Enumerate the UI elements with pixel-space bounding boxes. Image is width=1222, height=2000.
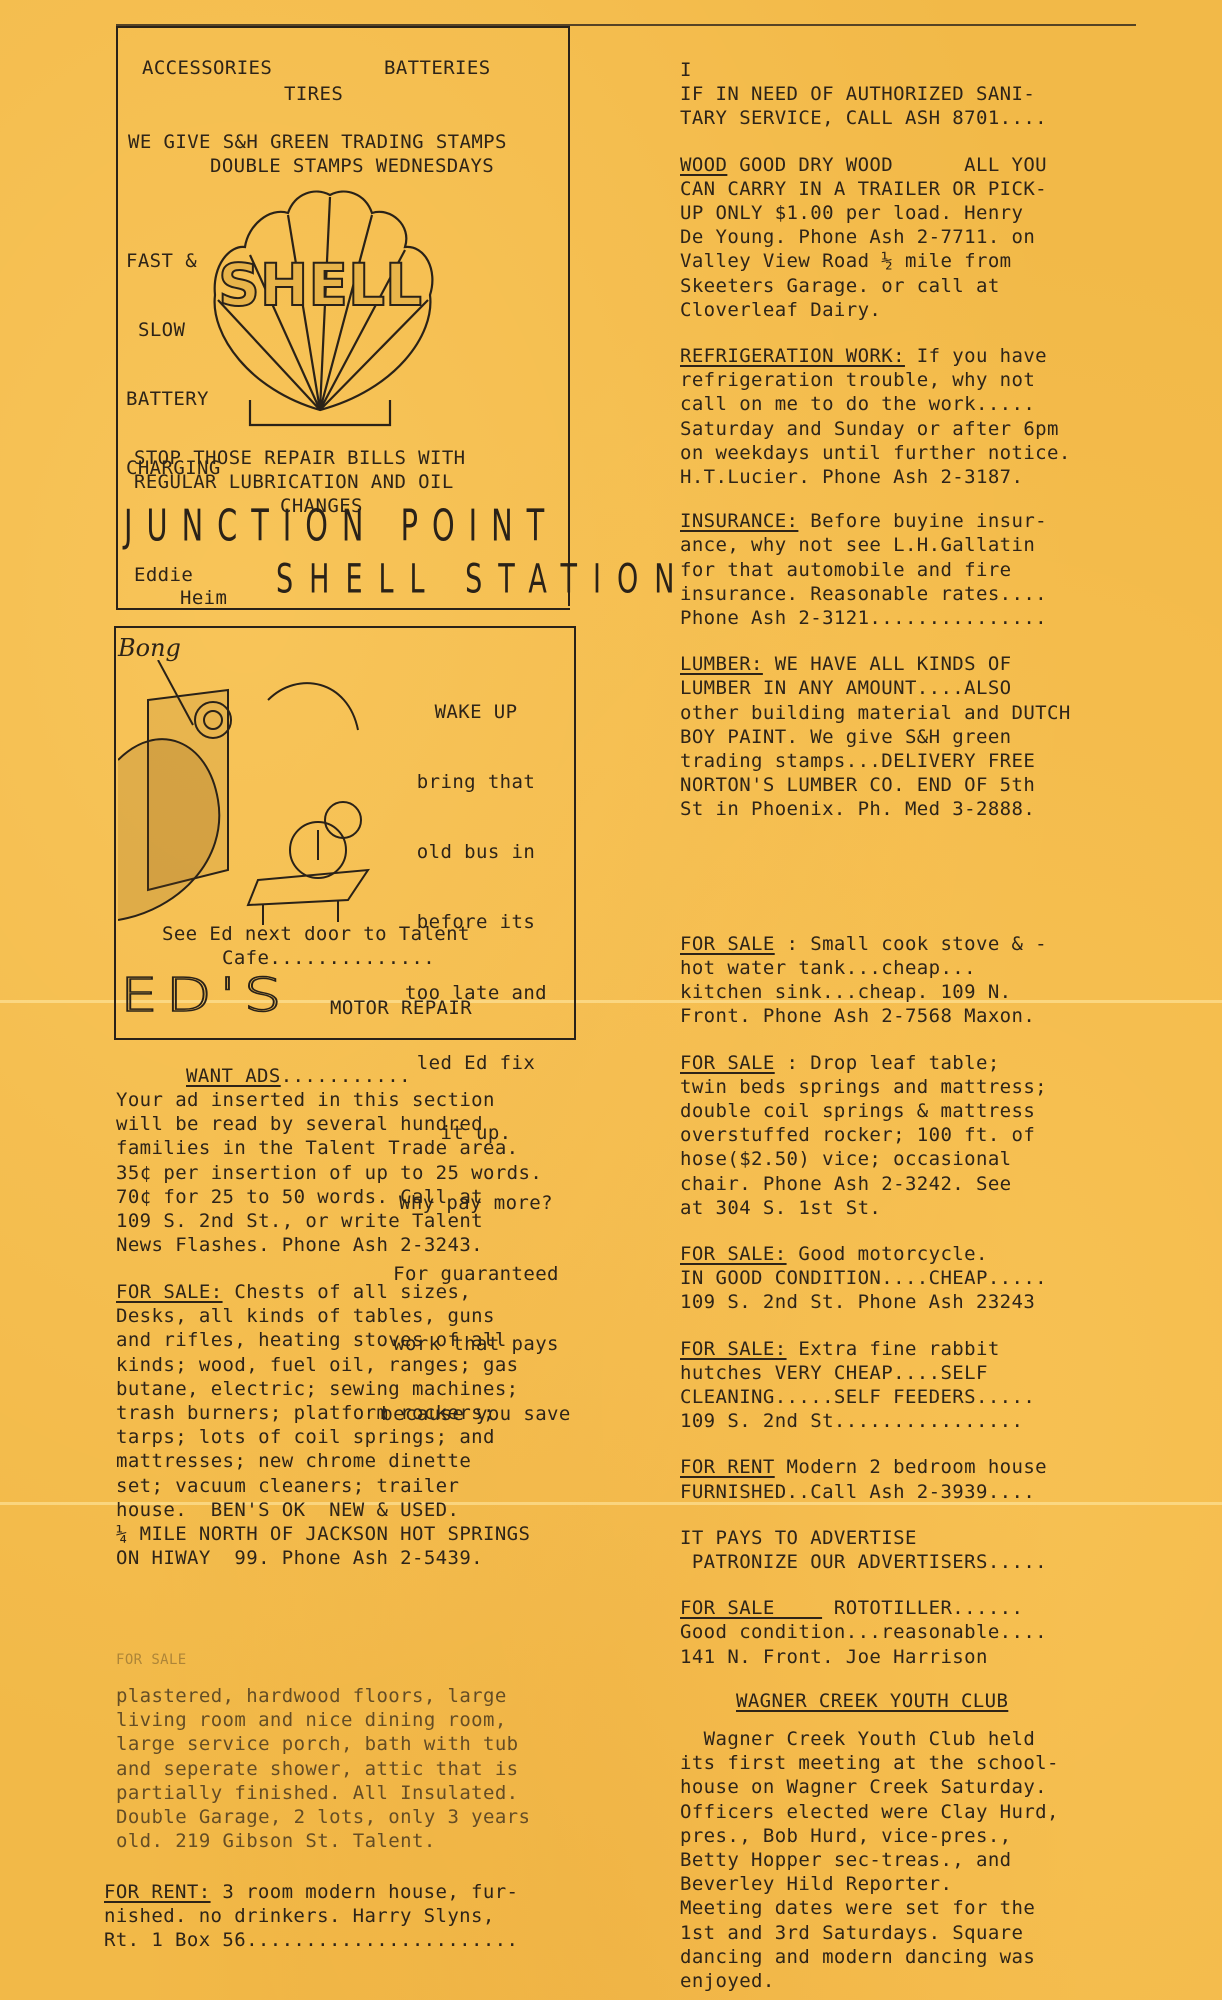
- youth-club-title: WAGNER CREEK YOUTH CLUB: [736, 1690, 1008, 1712]
- article-line: 1st and 3rd Saturdays. Square: [680, 1921, 1200, 1945]
- ad-line: living room and nice dining room,: [116, 1708, 530, 1732]
- ad-line: 109 S. 2nd St................: [680, 1409, 1200, 1433]
- ad-line: and rifles, heating stoves of all: [116, 1328, 530, 1352]
- classified-ad: WOOD GOOD DRY WOOD ALL YOUCAN CARRY IN A…: [680, 153, 1200, 322]
- ad-line: trading stamps...DELIVERY FREE: [680, 749, 1200, 773]
- classified-ad: plastered, hardwood floors, largeliving …: [116, 1684, 530, 1853]
- classified-ad: FOR RENT Modern 2 bedroom houseFURNISHED…: [680, 1455, 1200, 1503]
- classified-ad: FOR SALE: Good motorcycle.IN GOOD CONDIT…: [680, 1242, 1200, 1315]
- want-ads-intro: Your ad inserted in this sectionwill be …: [116, 1088, 542, 1257]
- faded-heading: FOR SALE: [116, 1648, 187, 1672]
- ad-tires: TIRES: [284, 82, 343, 106]
- intro-line: 35¢ per insertion of up to 25 words.: [116, 1161, 542, 1185]
- ad-line: PATRONIZE OUR ADVERTISERS.....: [680, 1550, 1200, 1574]
- ad-label: FOR SALE: [680, 933, 775, 955]
- ad-line: nished. no drinkers. Harry Slyns,: [104, 1904, 518, 1928]
- ad-line: chair. Phone Ash 2-3242. See: [680, 1172, 1200, 1196]
- ad-line: FOR SALE: Chests of all sizes,: [116, 1280, 530, 1304]
- ad-line: twin beds springs and mattress;: [680, 1075, 1200, 1099]
- ad-line: FURNISHED..Call Ash 2-3939....: [680, 1480, 1200, 1504]
- ad-line: BOY PAINT. We give S&H green: [680, 725, 1200, 749]
- ad-line: insurance. Reasonable rates....: [680, 582, 1200, 606]
- article-line: Betty Hopper sec-treas., and: [680, 1848, 1200, 1872]
- article-line: Wagner Creek Youth Club held: [680, 1727, 1200, 1751]
- ad-line: Front. Phone Ash 2-7568 Maxon.: [680, 1004, 1200, 1028]
- owner-first-name: Eddie: [134, 563, 193, 587]
- ad-line: at 304 S. 1st St.: [680, 1196, 1200, 1220]
- ad-line: St in Phoenix. Ph. Med 3-2888.: [680, 797, 1200, 821]
- eds-location: See Ed next door to Talent: [162, 922, 470, 946]
- classified-ad: IT PAYS TO ADVERTISE PATRONIZE OUR ADVER…: [680, 1526, 1200, 1574]
- ad-line: Saturday and Sunday or after 6pm: [680, 417, 1200, 441]
- classified-ad: FOR SALE : Small cook stove & -hot water…: [680, 932, 1200, 1029]
- eds-tagline: MOTOR REPAIR: [330, 996, 472, 1020]
- ad-repair-1: STOP THOSE REPAIR BILLS WITH: [134, 446, 466, 470]
- ad-line: set; vacuum cleaners; trailer: [116, 1474, 530, 1498]
- ad-line: trash burners; platform rockers;: [116, 1401, 530, 1425]
- ad-line: 141 N. Front. Joe Harrison: [680, 1645, 1200, 1669]
- intro-line: Your ad inserted in this section: [116, 1088, 542, 1112]
- owner-last-name: Heim: [180, 586, 227, 610]
- ad-label: REFRIGERATION WORK:: [680, 345, 905, 367]
- ad-line: LUMBER: WE HAVE ALL KINDS OF: [680, 652, 1200, 676]
- ad-line: hose($2.50) vice; occasional: [680, 1147, 1200, 1171]
- ad-line: Cloverleaf Dairy.: [680, 298, 1200, 322]
- ad-line: Skeeters Garage. or call at: [680, 274, 1200, 298]
- ad-line: UP ONLY $1.00 per load. Henry: [680, 201, 1200, 225]
- ad-line: call on me to do the work.....: [680, 392, 1200, 416]
- ad-line: IN GOOD CONDITION....CHEAP.....: [680, 1266, 1200, 1290]
- article-line: its first meeting at the school-: [680, 1751, 1200, 1775]
- classified-ad: FOR SALE: Chests of all sizes,Desks, all…: [116, 1280, 530, 1570]
- ad-line: plastered, hardwood floors, large: [116, 1684, 530, 1708]
- intro-line: will be read by several hundred: [116, 1112, 542, 1136]
- ad-line: FOR SALE : Small cook stove & -: [680, 932, 1200, 956]
- article-line: Meeting dates were set for the: [680, 1896, 1200, 1920]
- ad-line: FOR SALE : Drop leaf table;: [680, 1051, 1200, 1075]
- intro-line: families in the Talent Trade area.: [116, 1136, 542, 1160]
- ad-batteries: BATTERIES: [384, 56, 491, 80]
- ad-line: FOR RENT: 3 room modern house, fur-: [104, 1880, 518, 1904]
- ad-line: FOR SALE: Extra fine rabbit: [680, 1337, 1200, 1361]
- ad-line: CLEANING.....SELF FEEDERS.....: [680, 1385, 1200, 1409]
- want-ads-heading: WANT ADS...........: [186, 1064, 411, 1088]
- ad-line: on weekdays until further notice.: [680, 441, 1200, 465]
- ad-line: for that automobile and fire: [680, 558, 1200, 582]
- ad-label: FOR SALE: [680, 1597, 822, 1619]
- classified-ad: FOR SALE : Drop leaf table;twin beds spr…: [680, 1051, 1200, 1220]
- eds-logo: ED'S: [120, 968, 289, 1022]
- ad-line: INSURANCE: Before buyine insur-: [680, 509, 1200, 533]
- newsletter-page: ACCESSORIES BATTERIES TIRES WE GIVE S&H …: [0, 0, 1222, 2000]
- shell-logo-icon: SHELL: [190, 185, 450, 435]
- ad-line: butane, electric; sewing machines;: [116, 1377, 530, 1401]
- right-column: IIF IN NEED OF AUTHORIZED SANI-TARY SERV…: [680, 36, 1200, 1993]
- ad-line: 109 S. 2nd St. Phone Ash 23243: [680, 1290, 1200, 1314]
- ad-line: old. 219 Gibson St. Talent.: [116, 1829, 530, 1853]
- ad-line: Double Garage, 2 lots, only 3 years: [116, 1805, 530, 1829]
- youth-club-article: WAGNER CREEK YOUTH CLUB Wagner Creek You…: [680, 1689, 1200, 1993]
- ad-label: FOR RENT: [680, 1456, 775, 1478]
- classified-ad: IIF IN NEED OF AUTHORIZED SANI-TARY SERV…: [680, 58, 1200, 131]
- intro-line: 109 S. 2nd St., or write Talent: [116, 1209, 542, 1233]
- ad-line: FOR RENT Modern 2 bedroom house: [680, 1455, 1200, 1479]
- ad-label: FOR SALE:: [116, 1281, 223, 1303]
- ad-line: ¼ MILE NORTH OF JACKSON HOT SPRINGS: [116, 1522, 530, 1546]
- ad-label: FOR SALE: [680, 1052, 775, 1074]
- ad-label: INSURANCE:: [680, 510, 798, 532]
- station-name: JUNCTION POINT: [124, 500, 558, 551]
- ad-label: FOR RENT:: [104, 1881, 211, 1903]
- ad-line: IT PAYS TO ADVERTISE: [680, 1526, 1200, 1550]
- ad-line: CAN CARRY IN A TRAILER OR PICK-: [680, 177, 1200, 201]
- ad-line: REFRIGERATION WORK: If you have: [680, 344, 1200, 368]
- ad-line: Valley View Road ½ mile from: [680, 249, 1200, 273]
- ad-line: refrigeration trouble, why not: [680, 368, 1200, 392]
- ad-line: Rt. 1 Box 56.......................: [104, 1928, 518, 1952]
- ad-line: ON HIWAY 99. Phone Ash 2-5439.: [116, 1546, 530, 1570]
- ad-line: Good condition...reasonable....: [680, 1620, 1200, 1644]
- alarm-clock-cartoon-icon: [118, 660, 378, 930]
- ad-line: H.T.Lucier. Phone Ash 2-3187.: [680, 465, 1200, 489]
- ad-line: De Young. Phone Ash 2-7711. on: [680, 225, 1200, 249]
- ad-line: Phone Ash 2-3121...............: [680, 606, 1200, 630]
- ad-line: I: [680, 58, 1200, 82]
- ad-line: LUMBER IN ANY AMOUNT....ALSO: [680, 676, 1200, 700]
- eds-location-2: Cafe..............: [222, 946, 435, 970]
- ad-line: kinds; wood, fuel oil, ranges; gas: [116, 1353, 530, 1377]
- ad-line: other building material and DUTCH: [680, 701, 1200, 725]
- youth-club-heading: WAGNER CREEK YOUTH CLUB: [680, 1689, 1200, 1713]
- ad-line: house. BEN'S OK NEW & USED.: [116, 1498, 530, 1522]
- classified-ad: FOR SALE ROTOTILLER......Good condition.…: [680, 1596, 1200, 1669]
- ad-double-stamps: DOUBLE STAMPS WEDNESDAYS: [210, 154, 494, 178]
- station-subtitle: SHELL STATION: [276, 556, 690, 603]
- ad-line: double coil springs & mattress: [680, 1099, 1200, 1123]
- article-line: dancing and modern dancing was: [680, 1945, 1200, 1969]
- intro-line: News Flashes. Phone Ash 2-3243.: [116, 1233, 542, 1257]
- article-line: Officers elected were Clay Hurd,: [680, 1800, 1200, 1824]
- classified-ad: FOR SALE: Extra fine rabbithutches VERY …: [680, 1337, 1200, 1434]
- ad-line: partially finished. All Insulated.: [116, 1781, 530, 1805]
- classified-ad: LUMBER: WE HAVE ALL KINDS OFLUMBER IN AN…: [680, 652, 1200, 821]
- ad-line: WOOD GOOD DRY WOOD ALL YOU: [680, 153, 1200, 177]
- ad-stamps: WE GIVE S&H GREEN TRADING STAMPS: [128, 130, 507, 154]
- article-line: Beverley Hild Reporter.: [680, 1872, 1200, 1896]
- ad-line: hot water tank...cheap...: [680, 956, 1200, 980]
- ad-line: TARY SERVICE, CALL ASH 8701....: [680, 106, 1200, 130]
- ad-accessories: ACCESSORIES: [142, 56, 272, 80]
- ad-line: NORTON'S LUMBER CO. END OF 5th: [680, 773, 1200, 797]
- ad-line: FOR SALE ROTOTILLER......: [680, 1596, 1200, 1620]
- cartoon-caption: Bong: [118, 634, 181, 662]
- classified-ad: REFRIGERATION WORK: If you haverefrigera…: [680, 344, 1200, 489]
- column-divider: [568, 26, 570, 606]
- ad-line: Desks, all kinds of tables, guns: [116, 1304, 530, 1328]
- classified-ad: FOR RENT: 3 room modern house, fur-nishe…: [104, 1880, 518, 1953]
- ad-line: hutches VERY CHEAP....SELF: [680, 1361, 1200, 1385]
- ad-line: tarps; lots of coil springs; and: [116, 1425, 530, 1449]
- ad-line: ance, why not see L.H.Gallatin: [680, 533, 1200, 557]
- article-line: enjoyed.: [680, 1969, 1200, 1993]
- ad-repair-2: REGULAR LUBRICATION AND OIL: [134, 470, 454, 494]
- ad-line: FOR SALE: Good motorcycle.: [680, 1242, 1200, 1266]
- ad-line: kitchen sink...cheap. 109 N.: [680, 980, 1200, 1004]
- ad-line: overstuffed rocker; 100 ft. of: [680, 1123, 1200, 1147]
- ad-line: IF IN NEED OF AUTHORIZED SANI-: [680, 82, 1200, 106]
- article-line: pres., Bob Hurd, vice-pres.,: [680, 1824, 1200, 1848]
- ad-label: LUMBER:: [680, 653, 763, 675]
- ad-line: mattresses; new chrome dinette: [116, 1449, 530, 1473]
- ad-label: WOOD: [680, 154, 727, 176]
- ad-label: FOR SALE:: [680, 1338, 787, 1360]
- ad-line: and seperate shower, attic that is: [116, 1757, 530, 1781]
- classified-ad: INSURANCE: Before buyine insur-ance, why…: [680, 509, 1200, 630]
- ad-label: FOR SALE:: [680, 1243, 787, 1265]
- svg-text:SHELL: SHELL: [218, 251, 422, 319]
- article-line: house on Wagner Creek Saturday.: [680, 1775, 1200, 1799]
- intro-line: 70¢ for 25 to 50 words. Call at: [116, 1185, 542, 1209]
- ad-line: large service porch, bath with tub: [116, 1732, 530, 1756]
